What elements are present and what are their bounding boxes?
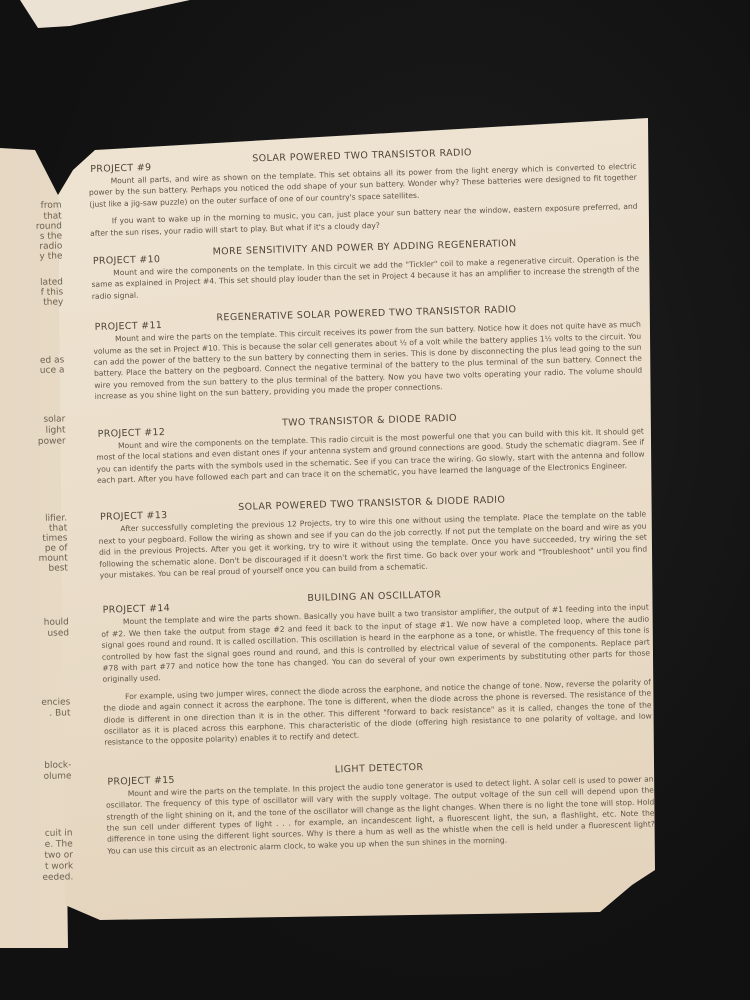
left-fragment: uce a xyxy=(40,364,65,377)
project-9: PROJECT #9 SOLAR POWERED TWO TRANSISTOR … xyxy=(88,143,638,239)
project-paragraph: Mount the template and wire the parts sh… xyxy=(101,602,651,686)
left-fragment: best xyxy=(48,562,68,575)
project-15: PROJECT #15 LIGHT DETECTOR Mount and wir… xyxy=(105,755,655,857)
left-fragment: power xyxy=(38,435,66,448)
project-10: PROJECT #10 MORE SENSITIVITY AND POWER B… xyxy=(91,235,640,302)
project-paragraph: For example, using two jumper wires, con… xyxy=(103,676,652,748)
project-paragraph: Mount and wire the parts on the template… xyxy=(106,773,656,857)
project-14: PROJECT #14 BUILDING AN OSCILLATOR Mount… xyxy=(100,584,652,749)
project-13: PROJECT #13 SOLAR POWERED TWO TRANSISTOR… xyxy=(98,491,648,581)
left-fragment: . But xyxy=(49,707,70,720)
project-11: PROJECT #11 REGENERATIVE SOLAR POWERED T… xyxy=(92,301,642,403)
project-12: PROJECT #12 TWO TRANSISTOR & DIODE RADIO… xyxy=(95,407,645,486)
paper-scrap-top xyxy=(0,0,750,40)
left-fragment: olume xyxy=(43,770,71,783)
left-fragment: they xyxy=(43,296,63,309)
left-fragment: used xyxy=(47,627,69,640)
instruction-sheet: PROJECT #9 SOLAR POWERED TWO TRANSISTOR … xyxy=(88,143,656,868)
left-fragment: y the xyxy=(39,250,62,263)
project-paragraph: Mount and wire the parts on the template… xyxy=(93,319,643,403)
left-fragment: eeded. xyxy=(42,871,73,884)
